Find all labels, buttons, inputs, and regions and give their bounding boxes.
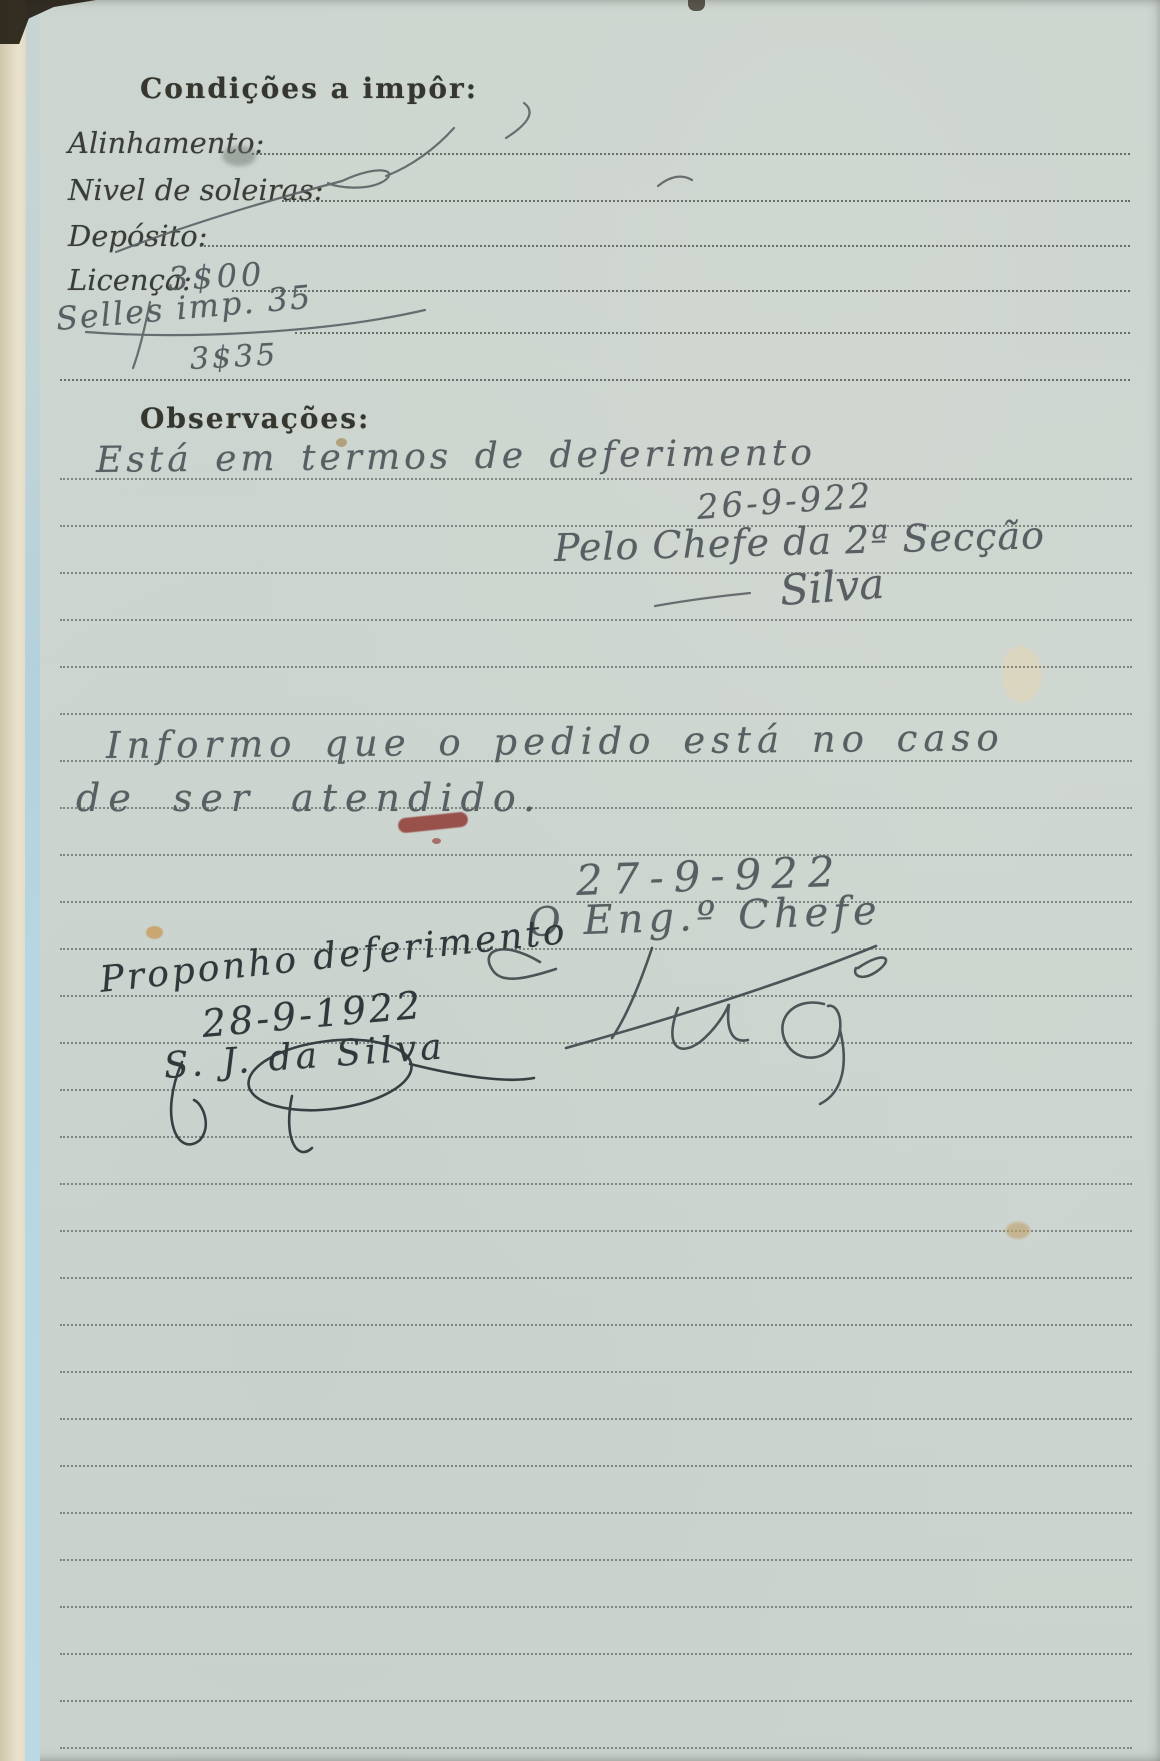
- entry2-text-line1: Informo que o pedido está no caso: [106, 716, 1005, 767]
- red-ink-dot: [432, 838, 441, 844]
- ruled-dotted-line: [60, 1653, 1132, 1655]
- ruled-dotted-line: [60, 713, 1132, 715]
- ruled-dotted-line: [60, 1606, 1132, 1608]
- field-line-deposito: [200, 245, 1130, 247]
- top-edge-notch: [688, 0, 705, 11]
- ruled-dotted-line: [60, 1277, 1132, 1279]
- left-page-edge-blue: [25, 0, 40, 1761]
- ruled-dotted-line: [60, 619, 1132, 621]
- observations-header: Observações:: [140, 402, 370, 435]
- ruled-dotted-line: [60, 1089, 1132, 1091]
- brown-spot-right: [1006, 1222, 1030, 1239]
- ruled-dotted-line: [60, 1559, 1132, 1561]
- entry1-signature: Silva: [778, 559, 886, 615]
- small-brown-spot: [336, 438, 347, 447]
- top-left-dark-corner: [0, 0, 96, 44]
- ruled-dotted-line: [60, 1418, 1132, 1420]
- field-line-licenca: [232, 290, 1130, 292]
- field-line-nivel-soleiras: [282, 200, 1130, 202]
- handwritten-fee-note-line2: 3$35: [189, 337, 279, 377]
- ruled-dotted-line: [60, 1465, 1132, 1467]
- ruled-dotted-line: [60, 1700, 1132, 1702]
- ruled-dotted-line: [60, 1136, 1132, 1138]
- entry1-text: Está em termos de deferimento: [96, 432, 816, 481]
- blank-dotted-line: [60, 379, 1130, 381]
- field-line-alinhamento: [252, 153, 1130, 155]
- field-label-deposito: Depósito:: [68, 219, 207, 253]
- ruled-dotted-line: [60, 1371, 1132, 1373]
- entry3-text: Proponho deferimento: [98, 911, 569, 1001]
- ruled-dotted-line: [60, 1747, 1132, 1749]
- right-edge-tear: [1002, 646, 1042, 702]
- ruled-dotted-line: [60, 666, 1132, 668]
- ruled-dotted-line: [60, 1183, 1132, 1185]
- scanned-form-page: Condições a impôr: Alinhamento: Nivel de…: [0, 0, 1160, 1761]
- ruled-dotted-line: [60, 1512, 1132, 1514]
- gray-smudge-stain: [222, 146, 256, 166]
- fee-note-dotted-line: [295, 332, 1130, 334]
- ruled-dotted-line: [60, 572, 1132, 574]
- tan-spot-stain: [146, 926, 163, 939]
- chief-engineer-signature-flourish: [489, 946, 886, 1104]
- entry1-role: Pelo Chefe da 2ª Secção: [553, 513, 1045, 570]
- ruled-dotted-line: [60, 995, 1132, 997]
- ruled-dotted-line: [60, 1324, 1132, 1326]
- left-page-edge-cream: [0, 0, 26, 1761]
- entry2-text-line2: de ser atendido.: [76, 776, 543, 820]
- form-header: Condições a impôr:: [140, 72, 478, 105]
- ruled-dotted-line: [60, 1230, 1132, 1232]
